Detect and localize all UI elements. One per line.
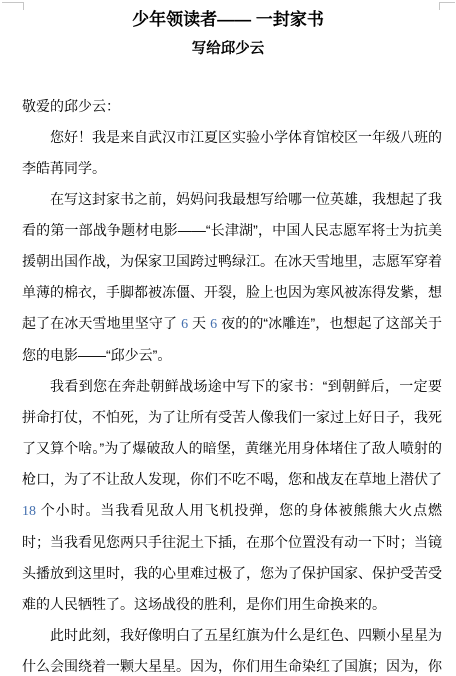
text-segment: 在写这封家书之前，妈妈问我最想写给哪一位英雄，我想起了我看的第一部战争题材电影—…	[22, 191, 442, 331]
text-segment: 此时此刻，我好像明白了五星红旗为什么是红色、四颗小星星为什么会围绕着一颗大星星。…	[22, 627, 442, 674]
text-segment: 个小时。当我看见敌人用飞机投弹，您的身体被熊熊大火点燃时；当我看见您两只手往泥土…	[22, 502, 442, 612]
text-boundary-mark-top-left	[2, 2, 24, 10]
text-segment: 您好！我是来自武汉市江夏区实验小学体育馆校区一年级八班的李皓苒同学。	[22, 129, 442, 176]
document-title: 少年领读者—— 一封家书	[0, 10, 456, 29]
highlighted-number: 18	[22, 504, 36, 519]
paragraph: 您好！我是来自武汉市江夏区实验小学体育馆校区一年级八班的李皓苒同学。	[22, 122, 442, 184]
paragraph: 在写这封家书之前，妈妈问我最想写给哪一位英雄，我想起了我看的第一部战争题材电影—…	[22, 184, 442, 371]
text-boundary-mark-top-right	[439, 2, 455, 10]
document-page: 少年领读者—— 一封家书 写给邱少云 敬爱的邱少云： 您好！我是来自武汉市江夏区…	[0, 0, 456, 676]
salutation: 敬爱的邱少云：	[22, 91, 442, 122]
paragraph: 我看到您在奔赴朝鲜战场途中写下的家书：“到朝鲜后，一定要拼命打仗，不怕死，为了让…	[22, 371, 442, 620]
document-subtitle: 写给邱少云	[0, 41, 456, 58]
letter-body: 敬爱的邱少云： 您好！我是来自武汉市江夏区实验小学体育馆校区一年级八班的李皓苒同…	[22, 91, 442, 676]
paragraph: 此时此刻，我好像明白了五星红旗为什么是红色、四颗小星星为什么会围绕着一颗大星星。…	[22, 620, 442, 676]
text-segment: 天	[188, 315, 210, 331]
text-segment: 我看到您在奔赴朝鲜战场途中写下的家书：“到朝鲜后，一定要拼命打仗，不怕死，为了让…	[22, 378, 442, 487]
highlighted-number: 6	[181, 317, 188, 332]
